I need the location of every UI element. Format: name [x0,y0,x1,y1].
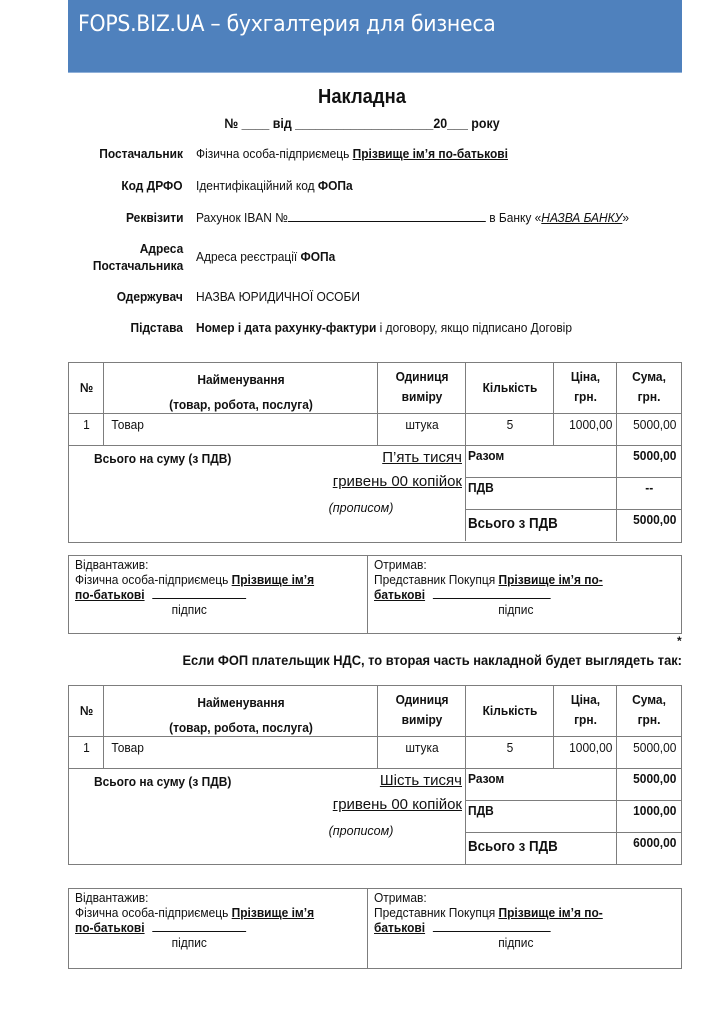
received-prefix: Представник Покупця [374,905,499,920]
totals-label: Разом [468,448,504,463]
supplier-name: Прізвище ім’я по-батькові [353,146,508,161]
shipped-section: Відвантажив:Фізична особа-підприємець Пр… [69,556,367,633]
banner-title: FOPS.BIZ.UA – бухгалтерия для бизнеса [78,12,496,37]
header-name-text: (товар, робота, послуга) [169,397,313,412]
received-name: Прізвище ім’я по- [499,905,603,920]
bank-prefix: в Банку « [486,210,541,225]
bank-suffix: » [622,210,629,225]
header-price: Ціна,грн. [557,690,615,730]
column-divider [616,363,617,445]
signature-caption: підпис [75,935,207,950]
drfo-suffix: ФОПа [318,178,353,193]
field-value: Номер і дата рахунку-фактури і договору,… [196,320,572,335]
basis-rest: і договору, якщо підписано Договір [376,320,572,335]
column-divider [616,686,617,768]
item-name: Товар [104,417,356,432]
column-divider [377,363,378,445]
bank-name: НАЗВА БАНКУ [541,210,622,225]
shipped-prefix: Фізична особа-підприємець [75,572,232,587]
totals-divider [465,445,466,541]
words-note: (прописом) [200,823,462,839]
header-unit-text: виміру [402,389,443,404]
signature-line[interactable] [152,920,246,932]
totals-value: -- [622,480,681,495]
shipped-name-cont: по-батькові [75,920,145,935]
shipped-name: Прізвище ім’я [232,905,314,920]
header-name: Найменування(товар, робота, послуга) [115,367,367,417]
received-label: Отримав: [374,557,427,572]
signature-box: Відвантажив:Фізична особа-підприємець Пр… [68,555,682,634]
signature-caption: підпис [374,602,533,617]
header-sum-text: грн. [638,712,661,727]
totals-value: 5000,00 [622,771,681,786]
received-label: Отримав: [374,890,427,905]
column-divider [377,686,378,768]
header-unit-text: Одиниця [396,692,449,707]
totals-row-divider [466,800,681,801]
words-line1: Шість тисяч [380,772,462,789]
header-qty: Кількість [470,378,551,398]
header-name-text: (товар, робота, послуга) [169,720,313,735]
asterisk: * [677,634,682,648]
document-number-line: № ____ від ____________________20___ рок… [29,116,695,131]
column-divider [103,363,104,445]
totals-row-divider [466,832,681,833]
received-text: Отримав:Представник Покупця Прізвище ім’… [374,557,603,617]
item-qty: 5 [470,417,551,432]
header-no-text: № [80,703,93,718]
document-title: Накладна [29,86,695,109]
received-name: Прізвище ім’я по- [499,572,603,587]
header-price-text: Ціна, [571,692,600,707]
totals-row-divider [466,509,681,510]
totals-label: Всього з ПДВ [468,516,558,532]
words-note: (прописом) [200,500,462,516]
address-label-line2: Постачальника [93,258,183,273]
totals-value: 5000,00 [622,512,681,527]
shipped-name: Прізвище ім’я [232,572,314,587]
field-value: Ідентифікаційний код ФОПа [196,178,353,193]
totals-value: 5000,00 [622,448,681,463]
received-section: Отримав:Представник Покупця Прізвище ім’… [368,889,681,968]
item-price: 1000,00 [559,740,617,755]
totals-label: ПДВ [468,480,494,495]
item-name: Товар [104,740,356,755]
received-name-cont: батькові [374,587,425,602]
totals-value: 6000,00 [622,835,681,850]
item-price: 1000,00 [559,417,617,432]
header-price-text: грн. [574,389,597,404]
shipped-prefix: Фізична особа-підприємець [75,905,232,920]
header-price-text: грн. [574,712,597,727]
totals-label: Всього з ПДВ [468,839,558,855]
header-name: Найменування(товар, робота, послуга) [115,690,367,740]
item-no: 1 [70,740,102,755]
amount-in-words: П’ять тисячгривень 00 копійок(прописом) [200,446,462,516]
field-address: АдресаПостачальника Адреса реєстрації ФО… [60,240,700,274]
item-sum: 5000,00 [622,417,681,432]
shipped-text: Відвантажив:Фізична особа-підприємець Пр… [75,557,314,617]
field-label: Підстава [131,320,183,335]
item-qty: 5 [470,740,551,755]
header-price-text: Ціна, [571,369,600,384]
field-label: Одержувач [117,289,183,304]
header-unit: Одиницявиміру [382,367,463,407]
header-unit: Одиницявиміру [382,690,463,730]
header-sum-text: грн. [638,389,661,404]
totals-label: ПДВ [468,803,494,818]
signature-line[interactable] [152,587,246,599]
received-name-cont: батькові [374,920,425,935]
totals-label: Разом [468,771,504,786]
header-price: Ціна,грн. [557,367,615,407]
field-value: Рахунок IBAN № в Банку «НАЗВА БАНКУ» [196,210,629,225]
address-suffix: ФОПа [301,249,336,264]
header-no: № [70,701,102,721]
shipped-label: Відвантажив: [75,890,148,905]
received-prefix: Представник Покупця [374,572,499,587]
shipped-text: Відвантажив:Фізична особа-підприємець Пр… [75,890,314,950]
field-value: НАЗВА ЮРИДИЧНОЇ ОСОБИ [196,289,360,304]
signature-line[interactable] [432,587,550,599]
address-label-line1: Адреса [140,241,183,256]
header-unit-text: виміру [402,712,443,727]
item-unit: штука [382,740,463,755]
header-qty: Кількість [470,701,551,721]
words-line2: гривень 00 копійок [333,473,462,490]
column-divider [465,363,466,445]
totals-value: 1000,00 [622,803,681,818]
field-label: Код ДРФО [122,178,183,193]
supplier-prefix: Фізична особа-підприємець [196,146,353,161]
column-divider [103,686,104,768]
address-prefix: Адреса реєстрації [196,249,301,264]
column-divider [465,686,466,768]
iban-prefix: Рахунок IBAN № [196,210,288,225]
totals-row-divider [466,477,681,478]
received-section: Отримав:Представник Покупця Прізвище ім’… [368,556,681,633]
totals-divider [616,445,617,541]
totals-divider [616,768,617,864]
totals-divider [465,768,466,864]
received-text: Отримав:Представник Покупця Прізвище ім’… [374,890,603,950]
header-sum-text: Сума, [632,692,666,707]
header-name-text: Найменування [197,372,284,387]
words-line1: П’ять тисяч [382,449,462,466]
column-divider [553,363,554,445]
header-no-text: № [80,380,93,395]
drfo-prefix: Ідентифікаційний код [196,178,318,193]
header-unit-text: Одиниця [396,369,449,384]
header-sum: Сума,грн. [620,690,679,730]
header-qty-text: Кількість [483,703,538,718]
field-value: Фізична особа-підприємець Прізвище ім’я … [196,146,508,161]
field-label: АдресаПостачальника [93,240,183,274]
header-no: № [70,378,102,398]
signature-caption: підпис [374,935,533,950]
amount-in-words: Шість тисячгривень 00 копійок(прописом) [200,769,462,839]
header-sum: Сума,грн. [620,367,679,407]
words-line2: гривень 00 копійок [333,796,462,813]
header-name-text: Найменування [197,695,284,710]
field-label: Реквізити [126,210,184,225]
site-banner: FOPS.BIZ.UA – бухгалтерия для бизнеса [68,0,682,73]
iban-blank[interactable] [288,210,486,222]
header-sum-text: Сума, [632,369,666,384]
signature-caption: підпис [75,602,207,617]
column-divider [553,686,554,768]
basis-bold: Номер і дата рахунку-фактури [196,320,376,335]
vat-note: Если ФОП плательщик НДС, то вторая часть… [182,652,682,668]
header-qty-text: Кількість [483,380,538,395]
item-sum: 5000,00 [622,740,681,755]
signature-box: Відвантажив:Фізична особа-підприємець Пр… [68,888,682,969]
shipped-section: Відвантажив:Фізична особа-підприємець Пр… [69,889,367,968]
field-value: Адреса реєстрації ФОПа [196,249,335,264]
signature-line[interactable] [432,920,550,932]
shipped-name-cont: по-батькові [75,587,145,602]
field-label: Постачальник [99,146,183,161]
item-unit: штука [382,417,463,432]
shipped-label: Відвантажив: [75,557,148,572]
item-no: 1 [70,417,102,432]
